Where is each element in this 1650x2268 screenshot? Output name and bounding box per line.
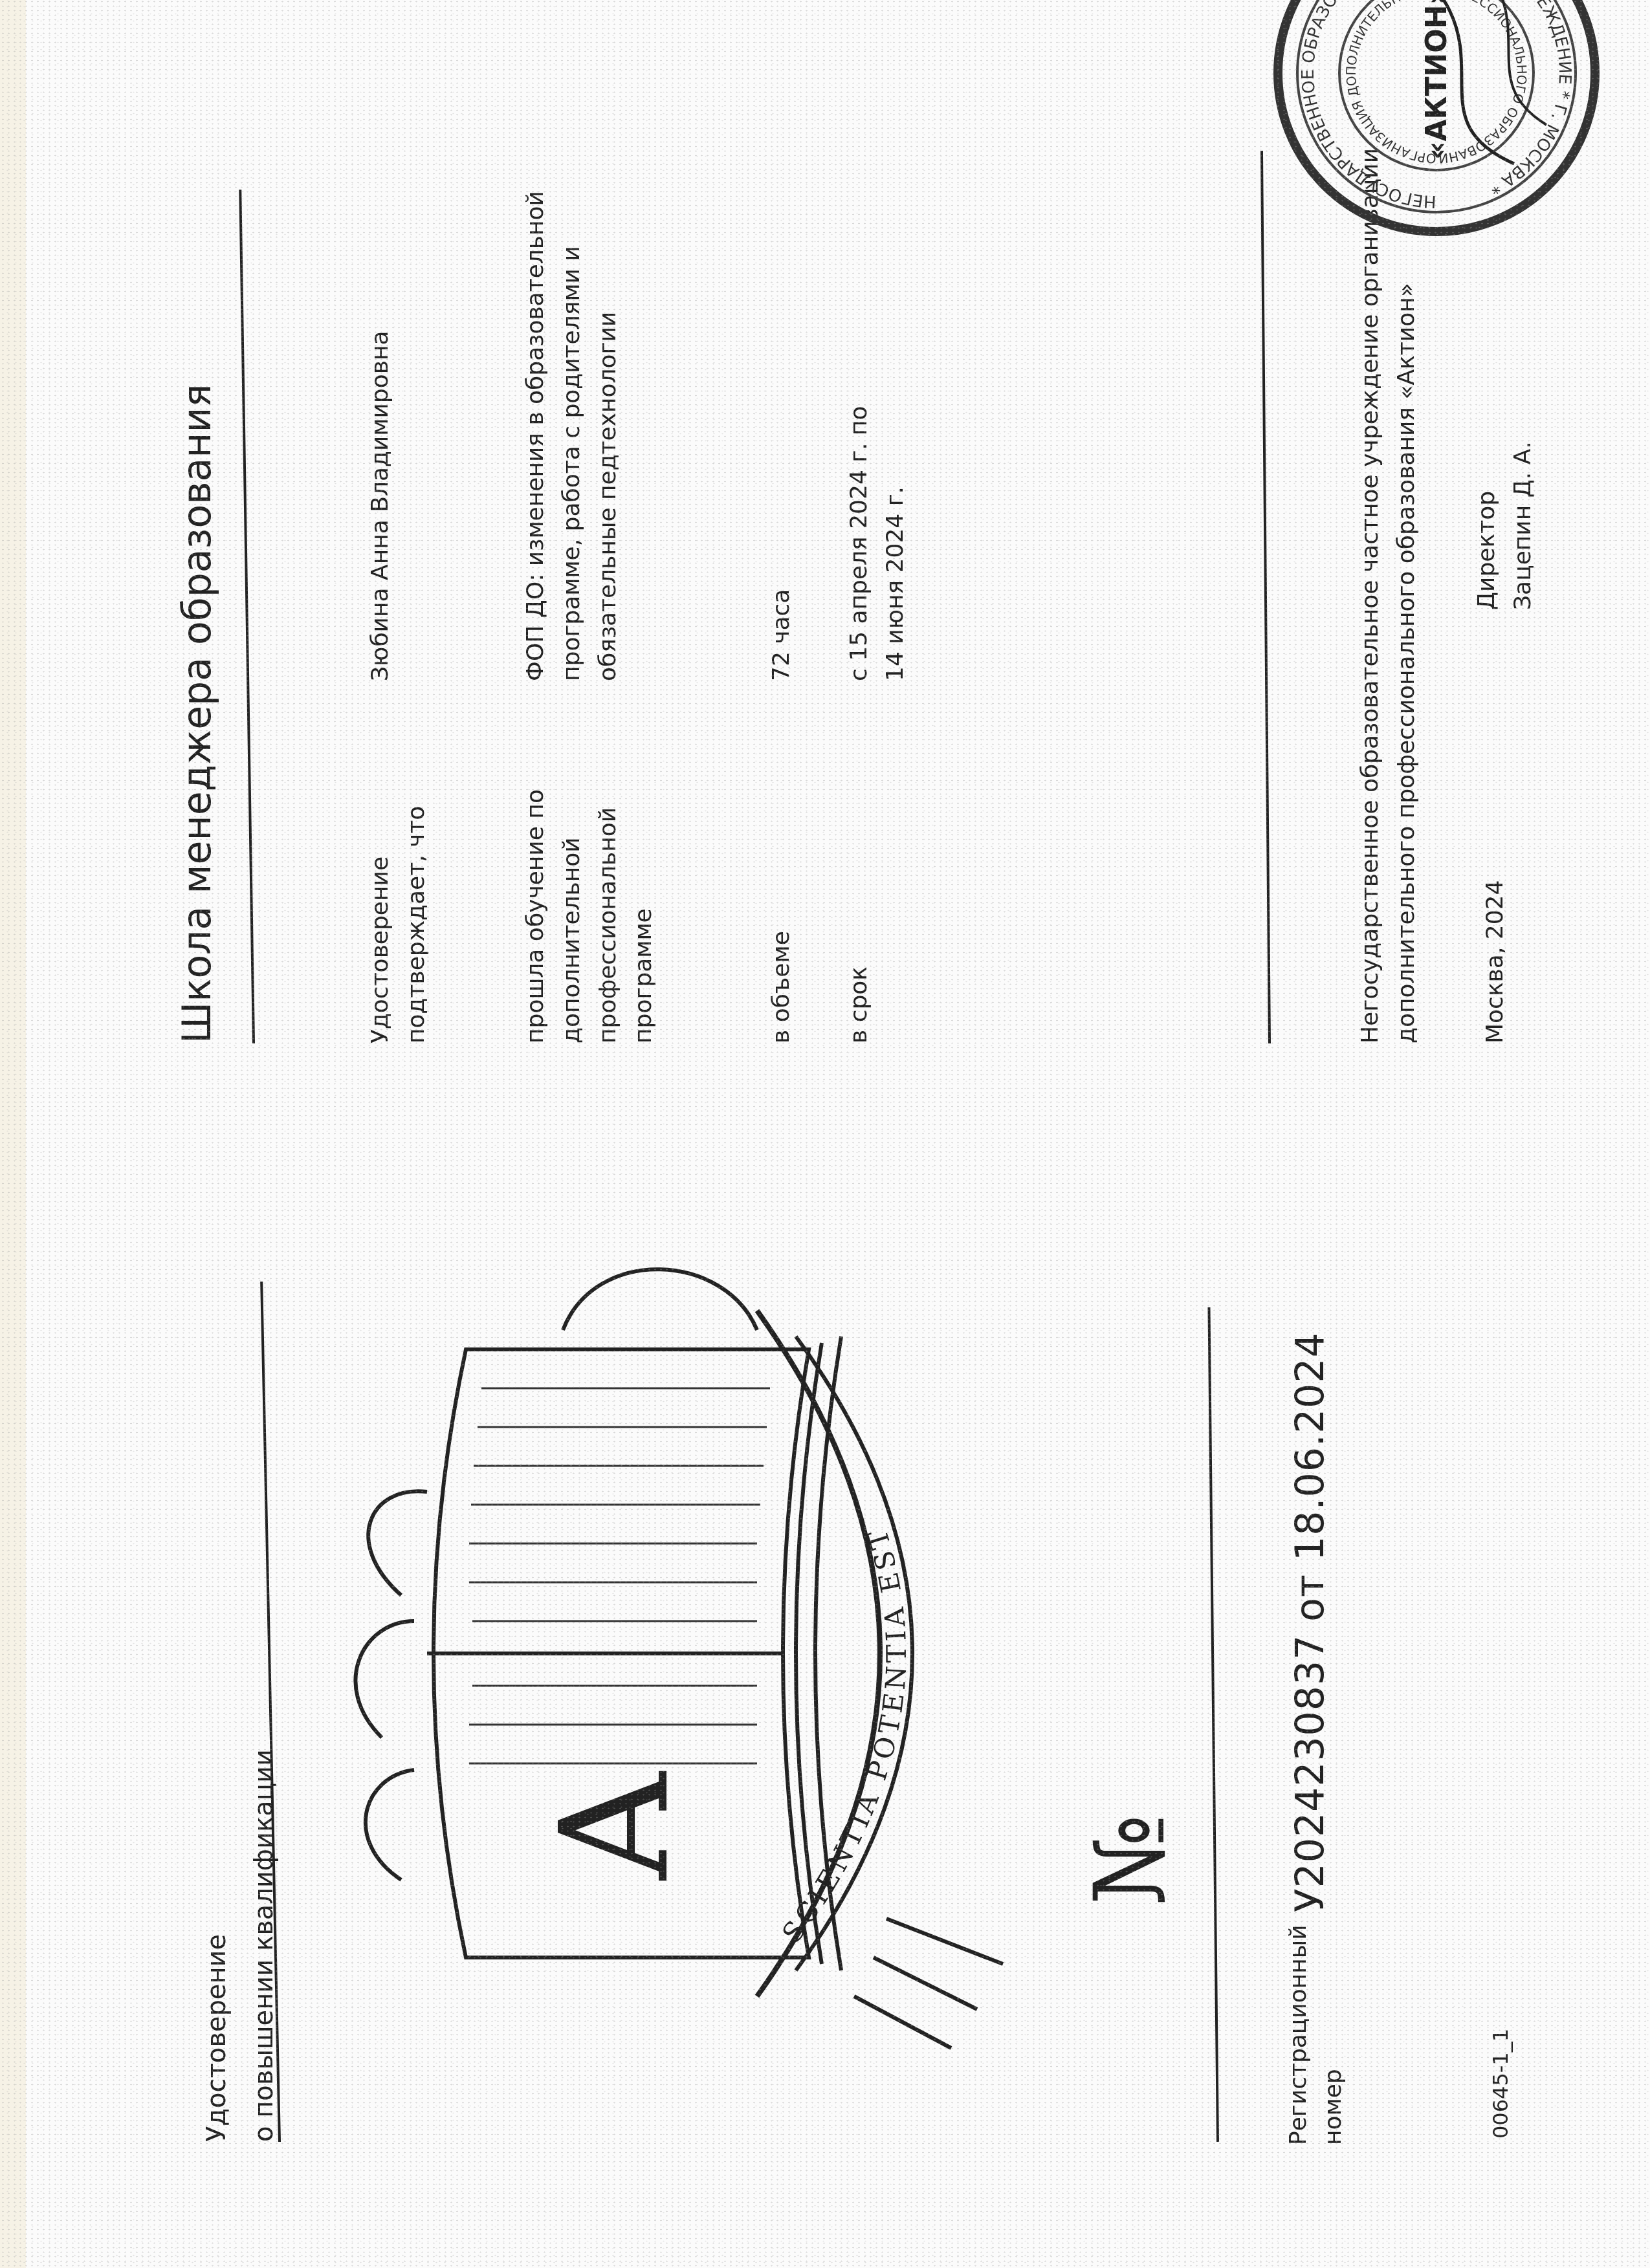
divider (1260, 151, 1271, 1043)
handwritten-signature-icon (1566, 0, 1650, 2)
book-emblem-icon: A SCIENTIA POTENTIA EST (304, 1233, 1048, 2074)
cover-title: Удостоверение (204, 1934, 230, 2142)
inside-panel: Школа менеджера образования Удостоверени… (0, 0, 1650, 1134)
row-label-program: прошла обучение по дополнительной профес… (518, 772, 662, 1043)
program-hours: 72 часа (764, 164, 800, 681)
trainee-name: Зюбина Анна Владимировна (362, 164, 399, 681)
registration-label: Регистрационный номер (1281, 1970, 1351, 2145)
certificate-page: Удостоверение о повышении квалификации (0, 0, 1650, 2268)
svg-text:A: A (529, 1771, 702, 1881)
cover-panel: Удостоверение о повышении квалификации (0, 1134, 1650, 2268)
row-label-volume: в объеме (764, 772, 800, 1043)
svg-text:«АКТИОН»: «АКТИОН» (1420, 0, 1453, 160)
school-title: Школа менеджера образования (175, 384, 220, 1043)
row-label-period: в срок (841, 772, 877, 1043)
form-code: 00645-1_1 (1488, 2029, 1513, 2139)
registration-number: У2024230837 от 18.06.2024 (1288, 1332, 1333, 1912)
director-title: Директор (1469, 441, 1505, 610)
program-name: ФОП ДО: изменения в образовательной прог… (518, 164, 626, 681)
program-period: с 15 апреля 2024 г. по 14 июня 2024 г. (841, 384, 914, 681)
director-name: Зацепин Д. А. (1505, 441, 1541, 610)
organization-name: Негосударственное образовательное частно… (1352, 105, 1425, 1043)
numero-sign: № (1074, 1814, 1187, 1906)
round-seal-icon: НЕГОСУДАРСТВЕННОЕ ОБРАЗОВАТЕЛЬНОЕ ЧАСТНО… (1268, 0, 1605, 241)
city-year: Москва, 2024 (1482, 880, 1508, 1043)
divider (1207, 1307, 1219, 2142)
row-label-confirms: Удостоверение подтверждает, что (362, 772, 435, 1043)
director-block: Директор Зацепин Д. А. (1469, 441, 1541, 610)
divider (239, 190, 255, 1043)
